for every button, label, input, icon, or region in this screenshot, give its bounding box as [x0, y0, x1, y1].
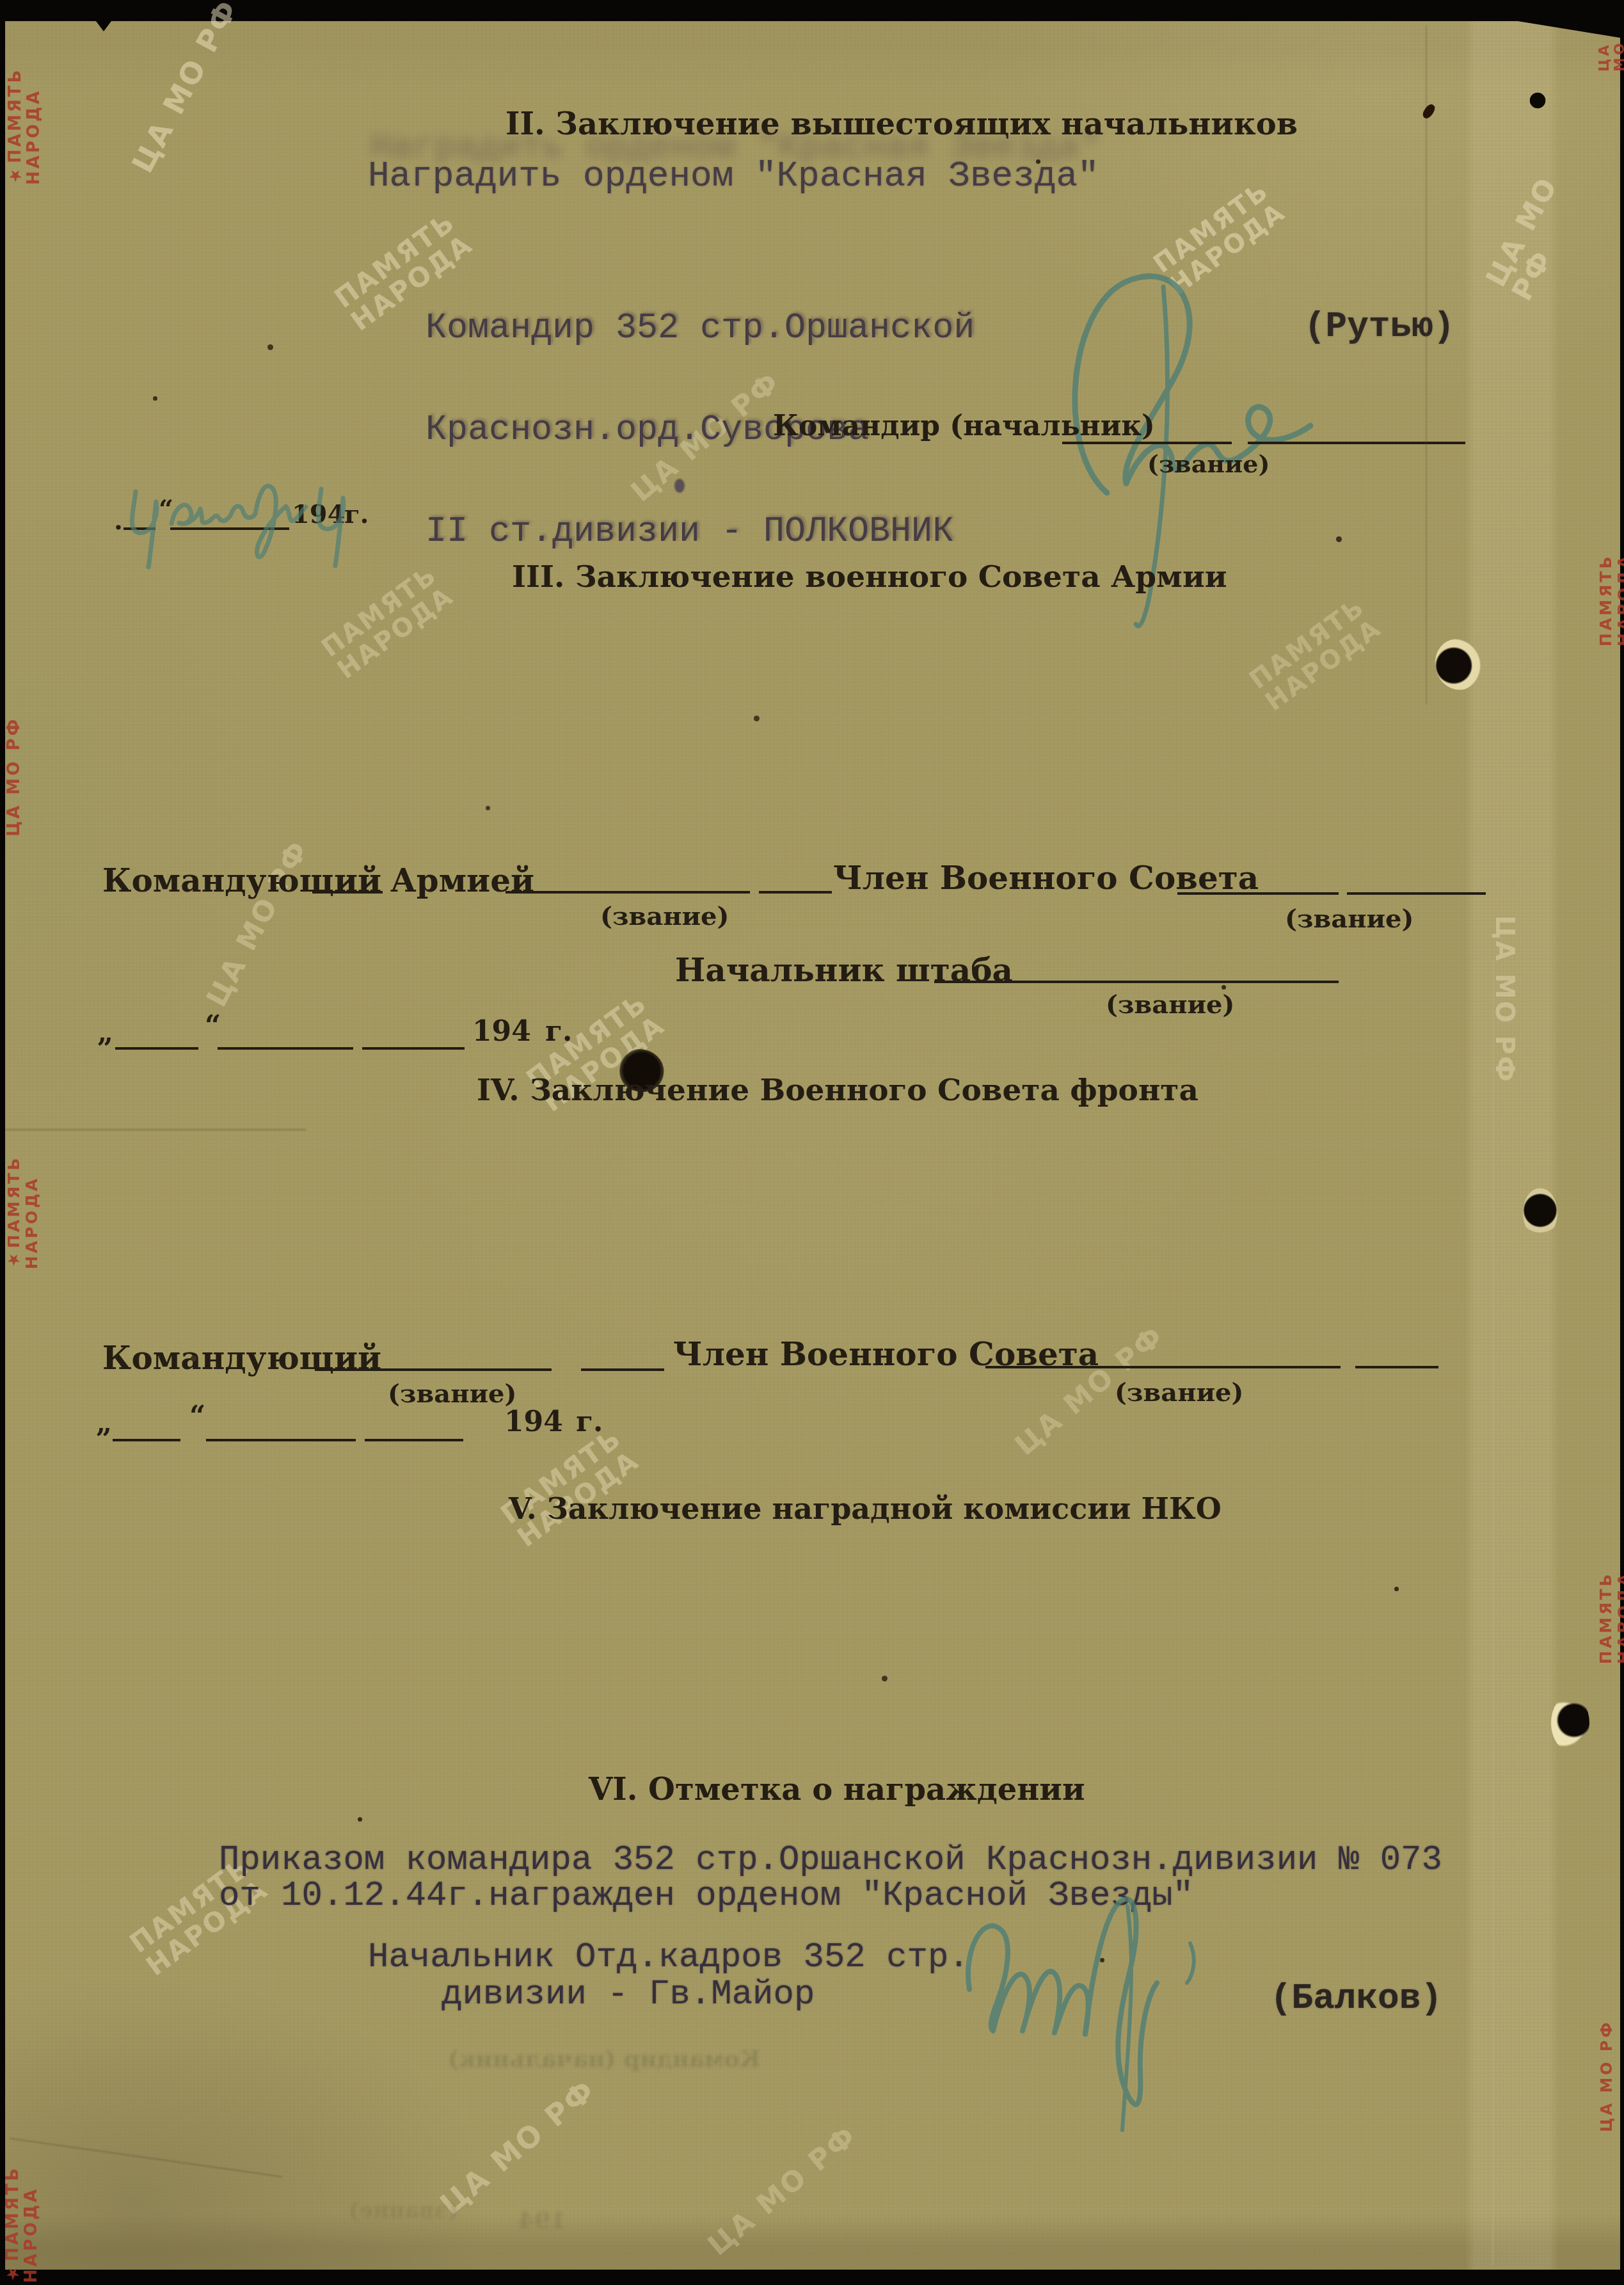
signature-balkov-svg — [921, 1861, 1280, 2149]
date-open-quote: „ — [96, 1407, 112, 1439]
paper-speck — [0, 0, 3, 3]
bleedthrough-text: 194 — [518, 2207, 566, 2234]
date-open-quote: „ — [97, 1016, 113, 1049]
handwriting-date-svg — [96, 448, 403, 589]
blank-line — [113, 1439, 180, 1441]
blank-line — [1347, 892, 1486, 895]
fold-line — [1492, 960, 1493, 2266]
blank-line — [115, 1047, 198, 1050]
punch-hole — [1523, 1188, 1557, 1238]
paper-edge-notch — [96, 21, 111, 31]
section6-heading: VI. Отметка о награждении — [589, 1772, 1085, 1808]
date-year: 194 — [504, 1406, 563, 1438]
bleedthrough-text: (звание) — [349, 2198, 458, 2224]
commander-block-line1: Командир 352 стр.Оршанской — [426, 311, 975, 345]
section4-heading: IV. Заключение Военного Совета фронта — [477, 1073, 1198, 1108]
paper-edge-corner — [1518, 21, 1620, 38]
date-year-suffix: г. — [545, 1015, 572, 1048]
blank-line — [985, 1366, 1341, 1368]
blank-line — [1355, 1366, 1438, 1368]
rank-caption: (звание) — [600, 901, 729, 931]
watermark-archive-red: ЦА МО РФ — [1597, 8, 1624, 72]
watermark-archive: ЦА МО РФ — [1491, 915, 1518, 1084]
s3-commander-label: Командующий — [102, 862, 381, 899]
rank-caption: (звание) — [1285, 904, 1413, 934]
date-year-suffix: г. — [576, 1406, 603, 1438]
rank-caption: (звание) — [1147, 449, 1270, 478]
blank-line — [362, 1047, 465, 1050]
date-close-quote: “ — [189, 1400, 205, 1433]
blank-line — [365, 1439, 463, 1441]
watermark-archive-red: ЦА МО РФ — [1598, 2007, 1615, 2132]
watermark-memory-red: ★ПАМЯТЬ НАРОДА — [6, 3, 43, 185]
watermark-memory-red: ★ПАМЯТЬ НАРОДА — [4, 2101, 40, 2283]
commander-nachalnik-label: Командир (начальник) — [773, 410, 1155, 442]
watermark-memory-red: ПАМЯТЬ НАРОДА — [1597, 1499, 1624, 1664]
blank-line — [315, 1368, 552, 1371]
bleedthrough-text: Командир (начальник) — [448, 2046, 760, 2073]
s4-commander-label: Командующий — [102, 1339, 381, 1377]
blank-line — [206, 1439, 356, 1441]
s6-signer-line2: дивизии - Гв.Майор — [442, 1975, 815, 2014]
rank-caption: (звание) — [1106, 990, 1234, 1020]
commander-block-line3: II ст.дивизии - ПОЛКОВНИК — [426, 515, 975, 549]
date-year: 194 — [472, 1015, 531, 1048]
rank-caption: (звание) — [388, 1379, 516, 1409]
blank-line — [934, 981, 1339, 983]
scanned-award-document-page: ЦА МО РФ ПАМЯТЬ НАРОДА ПАМЯТЬ НАРОДА ЦА … — [0, 0, 1624, 2285]
blank-line — [1177, 892, 1339, 895]
s3-army-label: Армией — [390, 862, 534, 899]
section3-heading: III. Заключение военного Совета Армии — [512, 559, 1227, 595]
s3-chief-of-staff-label: Начальник штаба — [675, 951, 1013, 989]
fold-line — [5, 1129, 306, 1130]
punch-hole — [1529, 91, 1546, 110]
surname-balkov: (Балков) — [1270, 1978, 1442, 2019]
watermark-memory-red: ★ПАМЯТЬ НАРОДА — [5, 1100, 40, 1269]
date-close-quote: “ — [205, 1010, 221, 1043]
blank-line — [581, 1368, 664, 1371]
rank-caption: (звание) — [1115, 1377, 1243, 1407]
ink-dot — [674, 479, 685, 493]
fold-line — [1426, 26, 1427, 704]
s6-signer-line1: Начальник Отд.кадров 352 стр. — [368, 1938, 969, 1977]
blank-line — [218, 1047, 353, 1050]
blank-line — [759, 891, 832, 894]
blank-line — [506, 891, 750, 894]
blank-line — [312, 891, 383, 894]
s3-member-label: Член Военного Совета — [833, 859, 1259, 897]
watermark-archive-red: ЦА МО РФ — [5, 673, 24, 837]
blank-line — [1062, 442, 1232, 444]
punch-hole — [1551, 1695, 1589, 1751]
award-line: Наградить орденом "Красная Звезда" — [368, 156, 1099, 196]
watermark-memory-red: ПАМЯТЬ НАРОДА — [1597, 481, 1624, 646]
section5-heading: V. Заключение наградной комиссии НКО — [509, 1491, 1222, 1526]
blank-line — [1248, 442, 1465, 444]
